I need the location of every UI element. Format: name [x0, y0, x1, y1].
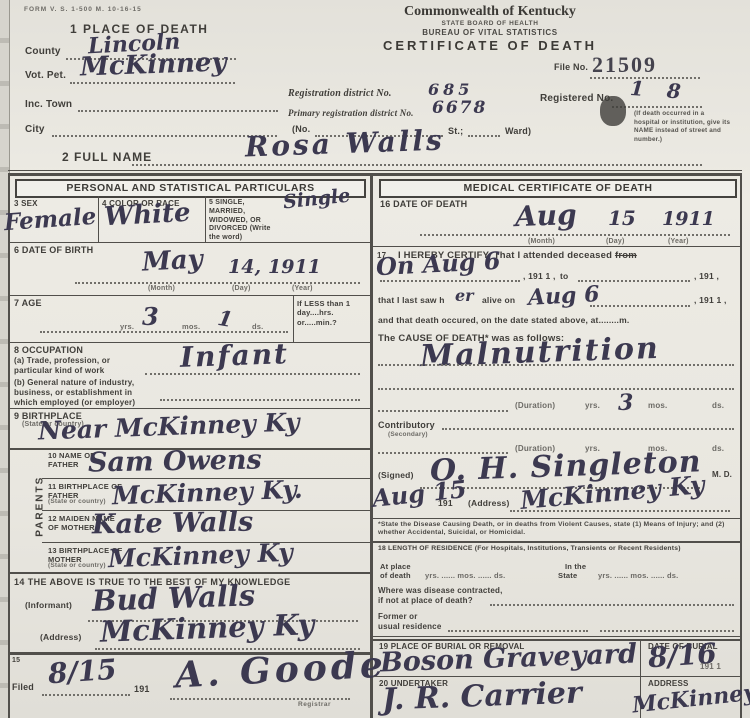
filed-year-label: 191: [134, 684, 150, 695]
st-label: St.;: [448, 126, 463, 137]
duration1-ds: ds.: [712, 401, 724, 411]
father-birthplace-value: McKinney Ky.: [112, 477, 303, 509]
commonwealth-heading: Commonwealth of Kentucky: [380, 4, 600, 20]
contracted-label-2: if not at place of death?: [378, 596, 473, 606]
certify-on-date: On Aug 6: [375, 249, 501, 279]
inc-town-label: Inc. Town: [25, 99, 72, 112]
occupation-b-label: (b) General nature of industry, business…: [14, 378, 156, 408]
footnote-line-top: [373, 518, 742, 519]
occupation-label: 8 OCCUPATION: [14, 345, 83, 356]
age-less-note: If LESS than 1 day....hrs. or.....min.?: [297, 299, 367, 327]
cell-line: [293, 295, 294, 342]
primary-district-label: Primary registration district No.: [288, 108, 414, 119]
certify-struck-word: from: [615, 250, 637, 261]
former-line-2: [600, 630, 734, 632]
registrar-label: Registrar: [298, 701, 331, 709]
footnote-line-bottom: [373, 541, 742, 543]
file-no-value: 21509: [592, 52, 657, 78]
duration1-dots: [378, 410, 508, 412]
cell-line: [205, 196, 206, 242]
informant-label: (Informant): [25, 600, 72, 611]
age-ds-label: ds.: [252, 322, 263, 331]
certify-to: to: [560, 271, 568, 282]
form-number: FORM V. S. 1-500 M. 10-16-15: [24, 6, 142, 14]
row-line: [8, 242, 370, 243]
informant-address-value: McKinney Ky: [100, 610, 315, 646]
burial-year-label: 191 1: [700, 662, 721, 672]
dod-month-value: Aug: [515, 201, 578, 231]
dob-year-value: 1911: [268, 258, 321, 277]
occupation-b-line: [160, 399, 360, 401]
residence-title: 18 LENGTH OF RESIDENCE (For Hospitals, I…: [378, 545, 738, 553]
dob-year-label: (Year): [292, 285, 313, 294]
ink-smudge: [600, 96, 626, 126]
dob-month-value: May: [141, 246, 203, 275]
birthplace-value: Near McKinney Ky: [38, 409, 300, 443]
cause-line-1: [378, 364, 734, 366]
father-name-value: Sam Owens: [88, 446, 262, 476]
dod-year-value: 1911: [662, 210, 715, 229]
dod-line: [420, 234, 730, 236]
duration1-mos: mos.: [648, 401, 667, 411]
last-saw-prefix: that I last saw h: [378, 295, 445, 306]
full-name-label: 2 FULL NAME: [62, 150, 152, 165]
row-line: [8, 295, 370, 296]
in-the-label: In the: [565, 562, 586, 571]
filed-line: [42, 694, 130, 696]
race-value: White: [103, 200, 191, 230]
dob-line: [75, 282, 360, 284]
precinct-line: [70, 82, 235, 84]
marital-value: Single: [282, 187, 351, 213]
contributory-label: Contributory: [378, 420, 435, 431]
hospital-note: (If death occurred in a hospital or inst…: [634, 110, 732, 144]
of-death-label: of death: [380, 571, 411, 580]
residence-units1: yrs. ...... mos. ...... ds.: [425, 571, 505, 580]
mother-birthplace-value: McKinney Ky: [108, 540, 294, 571]
registration-district-label: Registration district No.: [288, 88, 392, 101]
city-line: [52, 135, 277, 137]
frame-line: [8, 170, 742, 171]
contracted-label-1: Where was disease contracted,: [378, 586, 503, 596]
section-line: [8, 572, 370, 574]
medical-section-header: MEDICAL CERTIFICATE OF DEATH: [379, 179, 737, 198]
state-label: State: [558, 571, 577, 580]
county-label: County: [25, 46, 61, 59]
frame-left: [8, 173, 10, 718]
state-board-heading: STATE BOARD OF HEALTH: [380, 20, 600, 27]
dod-month-label: (Month): [528, 238, 555, 247]
alive-dots: [590, 305, 690, 307]
marital-label: 5 SINGLE, MARRIED, WIDOWED, OR DIVORCED …: [209, 199, 279, 243]
row-line: [8, 408, 370, 409]
duration1-label: (Duration): [515, 401, 555, 411]
filed-label: Filed: [12, 682, 34, 693]
bureau-heading: BUREAU OF VITAL STATISTICS: [380, 28, 600, 37]
full-name-value: Rosa Walls: [245, 127, 446, 162]
dob-day-value: 14,: [228, 258, 261, 277]
death-certificate-scan: FORM V. S. 1-500 M. 10-16-15 1 PLACE OF …: [0, 0, 750, 718]
file-no-label: File No.: [554, 62, 588, 73]
dod-day-value: 15: [608, 208, 636, 228]
age-ds-value: 1: [216, 307, 234, 330]
dob-month-label: (Month): [148, 285, 175, 294]
undertaker-value: J. R. Carrier: [382, 679, 583, 716]
burial-line-top: [373, 636, 742, 637]
signed-191-label: 191: [438, 498, 453, 509]
former-line-1: [448, 630, 588, 632]
registration-district-value: 685: [428, 82, 473, 98]
age-line: [40, 331, 288, 333]
occupation-a-label: (a) Trade, profession, or particular kin…: [14, 356, 142, 376]
registrar-signature: A. Goode: [174, 646, 387, 693]
former-label-2: usual residence: [378, 622, 441, 632]
st-line: [468, 135, 500, 137]
mother-name-value: Kate Walls: [92, 509, 254, 539]
contributory-line: [442, 428, 734, 430]
filed-date-value: 8/15: [47, 656, 117, 689]
signed-address-label: (Address): [468, 498, 509, 509]
ward-label: Ward): [505, 126, 531, 137]
certify-year2: , 191 ,: [694, 271, 719, 282]
sex-value: Female: [3, 205, 97, 234]
cause-of-death-value: Malnutrition: [420, 334, 661, 372]
mother-birthplace-sublabel: (State or country): [48, 562, 106, 570]
duration1-value: 3: [618, 392, 633, 414]
occupation-value: Infant: [180, 340, 290, 372]
dod-label: 16 DATE OF DEATH: [380, 199, 467, 210]
certify-dots-1: [380, 280, 520, 282]
frame-line-heavy: [8, 173, 742, 176]
former-label-1: Former or: [378, 612, 418, 622]
age-label: 7 AGE: [14, 298, 42, 309]
age-mos-label: mos.: [182, 322, 200, 331]
filed-no: 15: [12, 657, 20, 666]
age-yrs-label: yrs.: [120, 322, 134, 331]
certify-year1: , 191 1 ,: [523, 271, 556, 282]
registrar-line: [170, 698, 350, 700]
full-name-line: [132, 164, 702, 166]
city-label: City: [25, 124, 45, 137]
inc-town-line: [78, 110, 278, 112]
parents-label: PARENTS: [34, 476, 47, 537]
cause-footnote: *State the Disease Causing Death, or in …: [378, 521, 734, 538]
burial-place-value: Boson Graveyard: [380, 641, 638, 677]
alive-on-label: alive on: [482, 295, 515, 306]
primary-district-value: 6678: [432, 100, 487, 117]
at-place-label: At place: [380, 562, 411, 571]
father-birthplace-sublabel: (State or country): [48, 498, 106, 506]
md-label: M. D.: [712, 470, 732, 480]
precinct-value: McKinney: [80, 49, 227, 80]
certify-year3: , 191 1 ,: [694, 295, 727, 306]
contracted-line: [490, 604, 734, 606]
residence-units2: yrs. ...... mos. ...... ds.: [598, 571, 678, 580]
signed-date-value: Aug 15: [371, 477, 468, 511]
informant-address-label: (Address): [40, 632, 81, 643]
dod-day-label: (Day): [606, 238, 625, 247]
precinct-label: Vot. Pet.: [25, 70, 66, 83]
dod-year-label: (Year): [668, 238, 689, 247]
occupation-a-line: [145, 373, 360, 375]
certificate-title: CERTIFICATE OF DEATH: [380, 38, 600, 53]
registered-no-value: 1 8: [629, 78, 689, 102]
duration2-ds: ds.: [712, 444, 724, 454]
dob-day-label: (Day): [232, 285, 251, 294]
dob-label: 6 DATE OF BIRTH: [14, 245, 93, 256]
cell-line: [98, 196, 99, 242]
age-mos-value: 3: [142, 305, 159, 329]
cause-line-2: [378, 388, 734, 390]
secondary-label: (Secondary): [388, 431, 428, 439]
last-saw-hw: er: [455, 288, 474, 304]
death-occurred-line: and that death occured, on the date stat…: [378, 315, 629, 326]
duration1-yrs: yrs.: [585, 401, 600, 411]
